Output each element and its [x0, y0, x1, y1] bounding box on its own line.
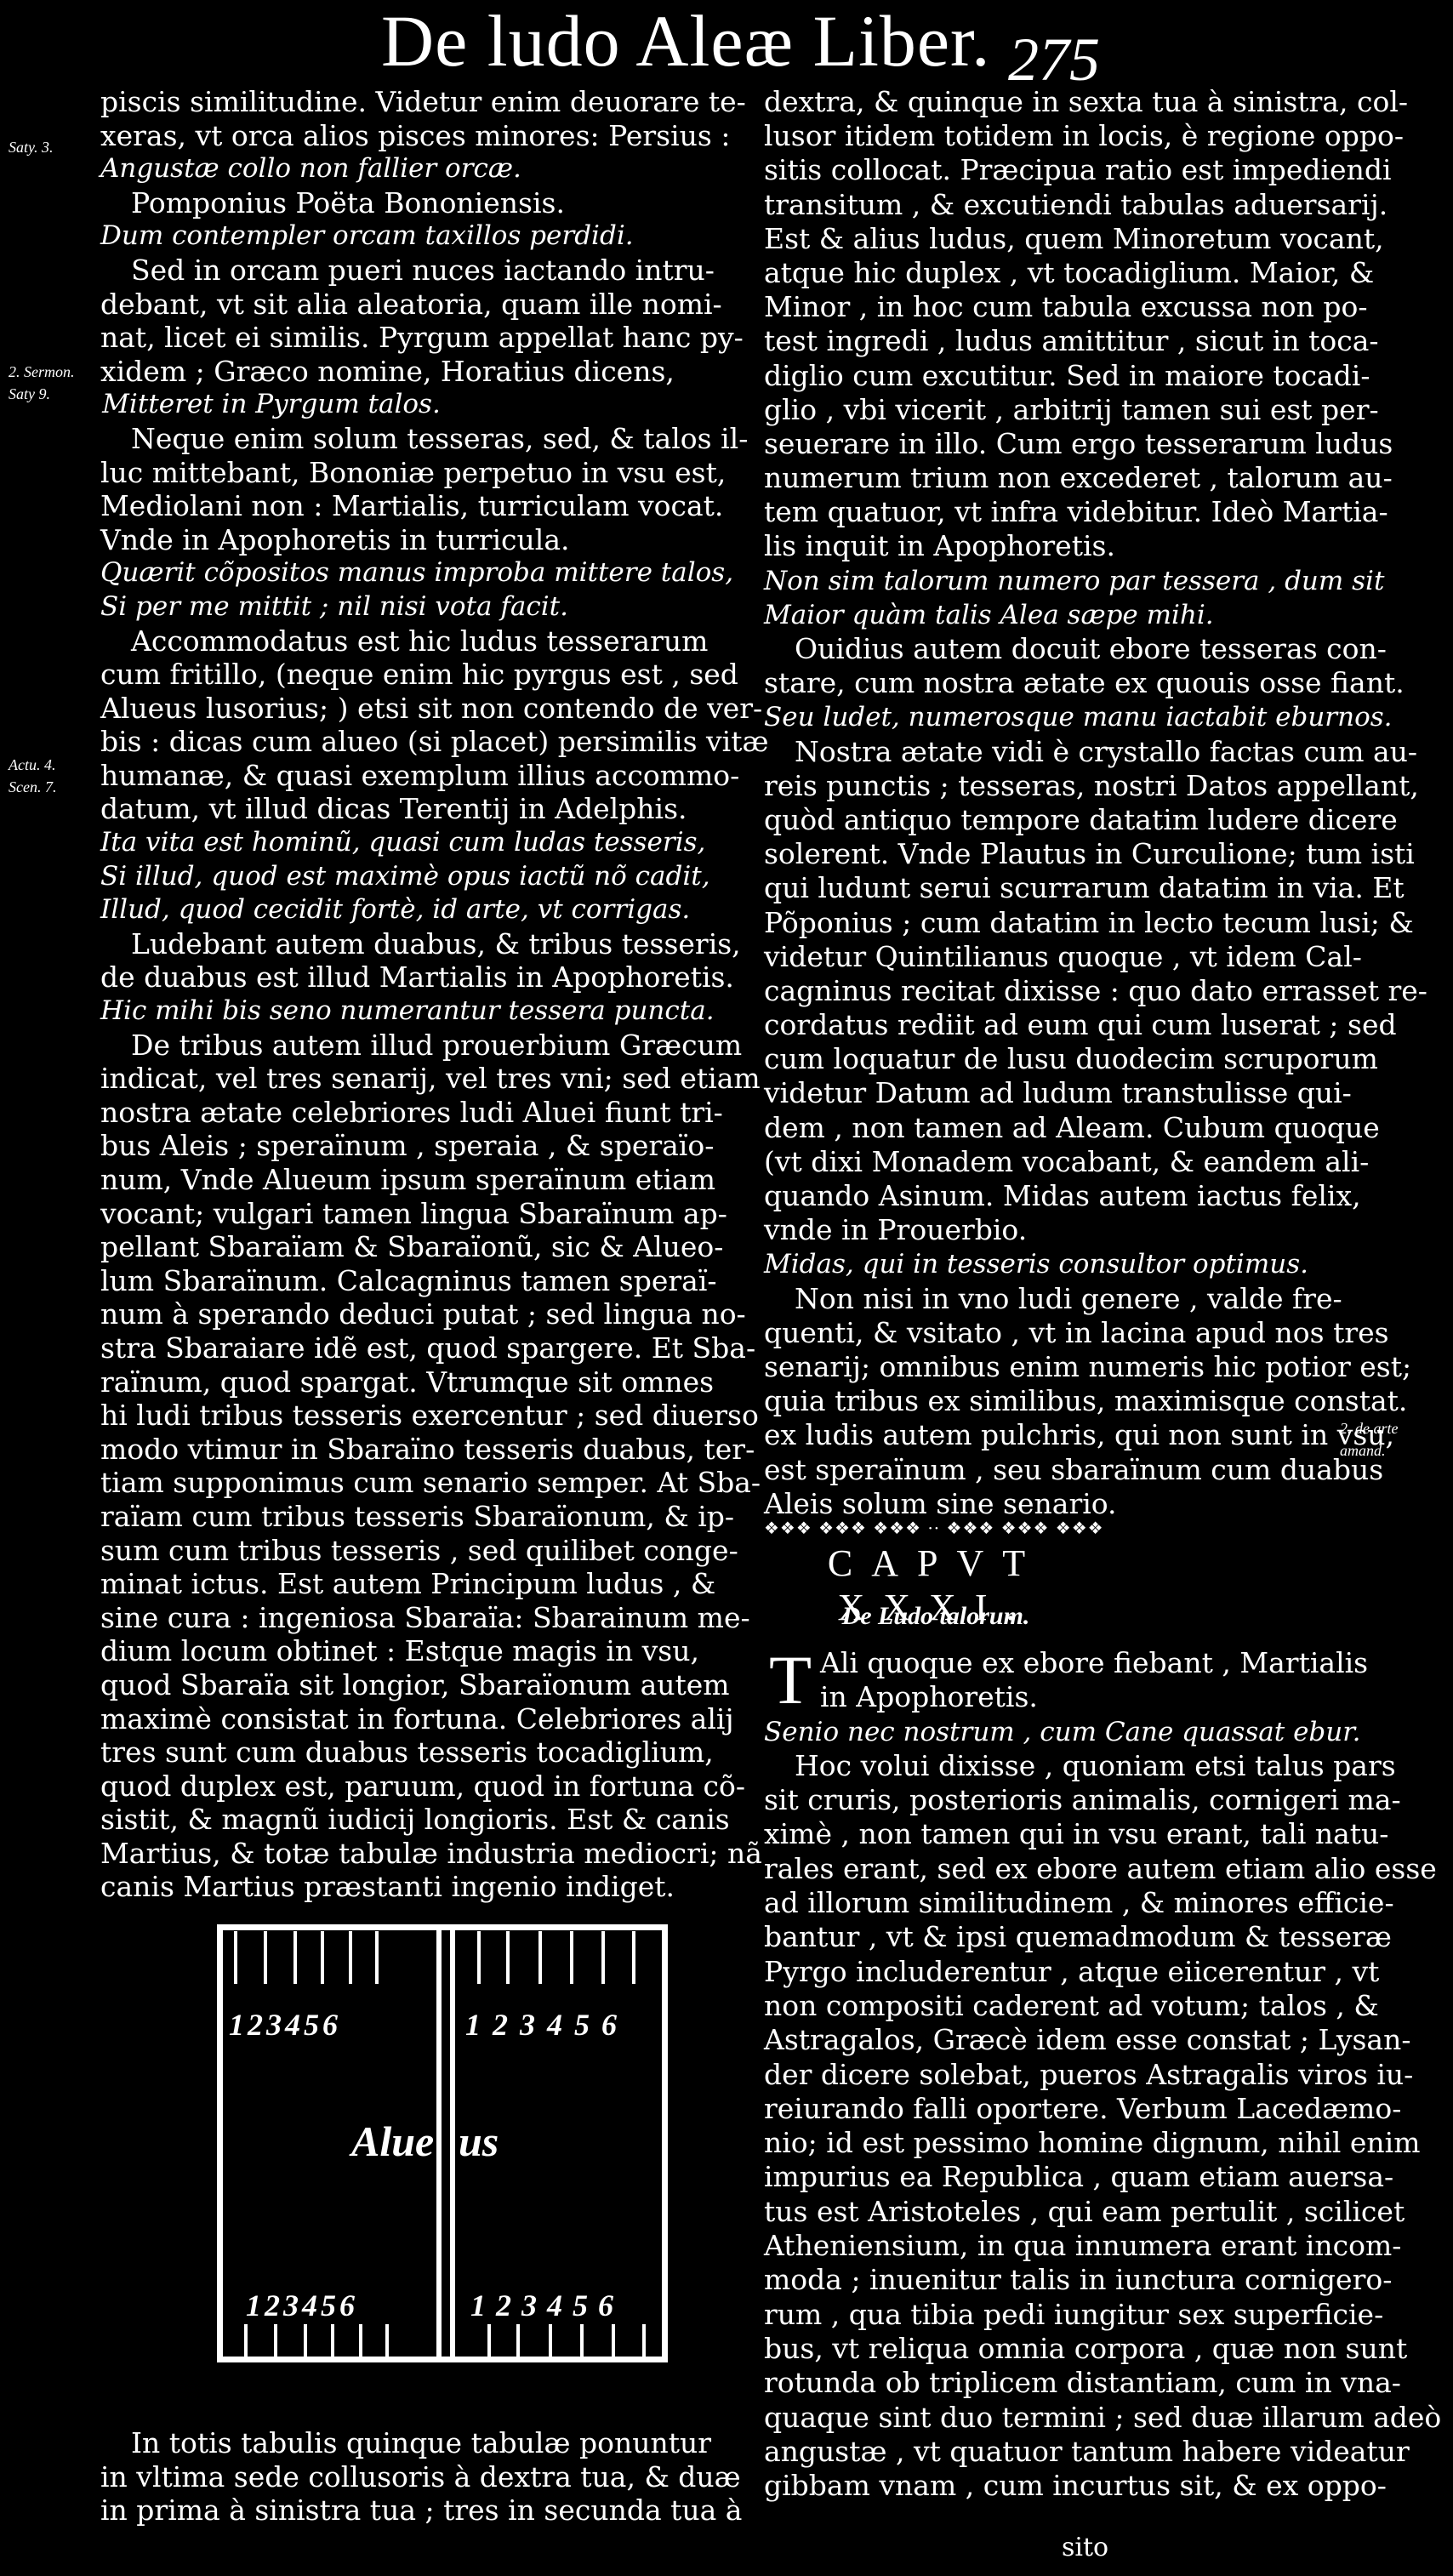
text-line: Dum contempler orcam taxillos perdidi.: [100, 219, 442, 254]
text-line: canis Martius præstanti ingenio indiget.: [100, 1870, 442, 1904]
text-line: Hoc volui dixisse , quoniam etsi talus p…: [764, 1749, 1108, 1783]
text-line: qui ludunt serui scurrarum datatim in vi…: [764, 871, 1108, 905]
text-line: Quærit cõpositos manus improba mittere t…: [100, 556, 442, 590]
text-line: raïam cum tribus tesseris Sbaraïonum, & …: [100, 1500, 442, 1534]
board-label-left: Alue: [351, 2118, 434, 2164]
text-line: Martius, & totæ tabulæ industria mediocr…: [100, 1837, 442, 1871]
board-point-top: [601, 1931, 605, 1984]
board-numbers-bottom-right: 123456: [470, 2288, 624, 2322]
text-line: stare, cum nostra ætate ex quouis osse f…: [764, 666, 1108, 700]
text-line: de duabus est illud Martialis in Apophor…: [100, 960, 442, 994]
chapter-subtitle: De Ludo talorum.: [764, 1599, 1108, 1633]
running-title: De ludo Aleæ Liber.: [381, 2, 990, 80]
text-line: diglio cum excutitur. Sed in maiore toca…: [764, 359, 1108, 393]
text-line: ximè , non tamen qui in vsu erant, tali …: [764, 1817, 1108, 1851]
margin-note: Scen. 7.: [9, 778, 56, 796]
ornamental-rule: ❖❖❖ ❖❖❖ ❖❖❖ ·· ❖❖❖ ❖❖❖ ❖❖❖ ❖❖❖ ❖❖❖ ❖❖❖ ❖…: [764, 1516, 1108, 1540]
board-point-bottom: [274, 2324, 277, 2357]
text-line: minat ictus. Est autem Principum ludus ,…: [100, 1567, 442, 1601]
board-point-bottom: [516, 2324, 520, 2357]
text-line: De tribus autem illud prouerbium Græcum: [100, 1029, 442, 1063]
text-line: cagninus recitat dixisse : quo dato erra…: [764, 974, 1108, 1008]
text-line: sitis collocat. Præcipua ratio est imped…: [764, 153, 1108, 187]
text-line: Non sim talorum numero par tessera , dum…: [764, 564, 1108, 598]
text-line: in vltima sede collusoris à dextra tua, …: [100, 2460, 442, 2494]
board-point-bottom: [612, 2324, 615, 2357]
text-line: dium locum obtinet : Estque magis in vsu…: [100, 1634, 442, 1668]
text-line: tem quatuor, vt infra videbitur. Ideò Ma…: [764, 495, 1108, 529]
text-line: tres sunt cum duabus tesseris tocadigliu…: [100, 1735, 442, 1770]
text-line: solerent. Vnde Plautus in Curculione; tu…: [764, 837, 1108, 871]
text-line: num, Vnde Alueum ipsum speraïnum etiam: [100, 1163, 442, 1197]
text-line: maximè consistat in fortuna. Celebriores…: [100, 1702, 442, 1736]
text-line: lusor itidem totidem in locis, è regione…: [764, 119, 1108, 153]
text-line: Neque enim solum tesseras, sed, & talos …: [100, 422, 442, 456]
text-line: Ludebant autem duabus, & tribus tesseris…: [100, 927, 442, 961]
text-line: Põponius ; cum datatim in lecto tecum lu…: [764, 906, 1108, 940]
text-line: seuerare in illo. Cum ergo tesserarum lu…: [764, 427, 1108, 461]
text-line: cum fritillo, (neque enim hic pyrgus est…: [100, 658, 442, 692]
text-line: rotunda ob triplicem distantiam, cum in …: [764, 2366, 1108, 2400]
text-line: Si per me mittit ; nil nisi vota facit.: [100, 590, 442, 624]
text-line: luc mittebant, Bononiæ perpetuo in vsu e…: [100, 456, 442, 490]
text-line: est speraïnum , seu sbaraïnum cum duabus: [764, 1453, 1108, 1487]
margin-note: 2. Sermon.: [9, 362, 75, 381]
text-line: humanæ, & quasi exemplum illius accommo-: [100, 759, 442, 793]
board-point-top: [538, 1931, 542, 1984]
chapter-text: Ali quoque ex ebore fiebant , Martialisi…: [764, 1646, 1108, 2503]
text-line: Vnde in Apophoretis in turricula.: [100, 523, 442, 557]
page-number: 275: [1008, 26, 1100, 94]
text-line: stra Sbaraiare idẽ est, quod spargere. E…: [100, 1331, 442, 1365]
text-line: in prima à sinistra tua ; tres in secund…: [100, 2493, 442, 2528]
text-line: cum loquatur de lusu duodecim scruporum: [764, 1042, 1108, 1076]
text-line: Mitteret in Pyrgum talos.: [100, 388, 442, 422]
text-line: Angustæ collo non fallier orcæ.: [100, 152, 442, 186]
text-line: (vt dixi Monadem vocabant, & eandem ali-: [764, 1145, 1108, 1179]
right-text-column: dextra, & quinque in sexta tua à sinistr…: [764, 85, 1108, 1521]
alveus-board-diagram: 123456 123456 123456 123456 Alue us: [217, 1924, 668, 2362]
text-line: xeras, vt orca alios pisces minores: Per…: [100, 119, 442, 153]
text-line: num à sperando deduci putat ; sed lingua…: [100, 1297, 442, 1331]
text-line: raïnum, quod spargat. Vtrumque sit omnes: [100, 1365, 442, 1399]
text-line: bus Aleis ; speraïnum , speraia , & sper…: [100, 1129, 442, 1163]
board-point-bottom: [304, 2324, 307, 2357]
board-numbers-top-right: 123456: [465, 2008, 629, 2042]
board-point-bottom: [642, 2324, 646, 2357]
text-line: Pyrgo includerentur , atque eiicerentur …: [764, 1955, 1108, 1989]
text-line: Pomponius Poëta Bononiensis.: [100, 186, 442, 220]
text-line: hi ludi tribus tesseris exercentur ; sed…: [100, 1399, 442, 1433]
text-line: Minor , in hoc cum tabula excussa non po…: [764, 290, 1108, 324]
board-point-top: [477, 1931, 481, 1984]
text-line: Ali quoque ex ebore fiebant , Martialis: [764, 1646, 1108, 1680]
text-line: In totis tabulis quinque tabulæ ponuntur: [100, 2426, 442, 2460]
board-numbers-top-left: 123456: [229, 2008, 341, 2042]
board-point-top: [234, 1931, 237, 1984]
board-point-top: [349, 1931, 352, 1984]
text-line: quod duplex est, paruum, quod in fortuna…: [100, 1770, 442, 1804]
text-line: reis punctis ; tesseras, nostri Datos ap…: [764, 769, 1108, 803]
text-line: Nostra ætate vidi è crystallo factas cum…: [764, 735, 1108, 769]
left-text-column: piscis similitudine. Videtur enim deuora…: [100, 85, 442, 1904]
text-line: der dicere solebat, pueros Astragalis vi…: [764, 2058, 1108, 2092]
text-line: dextra, & quinque in sexta tua à sinistr…: [764, 85, 1108, 119]
board-numbers-bottom-left: 123456: [246, 2288, 358, 2322]
text-line: Si illud, quod est maximè opus iactũ nõ …: [100, 860, 442, 894]
text-line: piscis similitudine. Videtur enim deuora…: [100, 85, 442, 119]
text-line: in Apophoretis.: [764, 1680, 1108, 1714]
text-line: Est & alius ludus, quem Minoretum vocant…: [764, 222, 1108, 256]
text-line: reiurando falli oportere. Verbum Lacedæm…: [764, 2092, 1108, 2126]
text-line: sine cura : ingeniosa Sbaraïa: Sbarainum…: [100, 1601, 442, 1635]
text-line: Ouidius autem docuit ebore tesseras con-: [764, 632, 1108, 666]
board-point-bottom: [359, 2324, 362, 2357]
text-line: debant, vt sit alia aleatoria, quam ille…: [100, 288, 442, 322]
board-point-top: [506, 1931, 510, 1984]
board-point-bottom: [580, 2324, 584, 2357]
text-line: bis : dicas cum alueo (si placet) persim…: [100, 725, 442, 759]
page-header: De ludo Aleæ Liber. 275: [0, 0, 1453, 81]
text-line: tus est Aristoteles , qui eam pertulit ,…: [764, 2195, 1108, 2229]
text-line: quando Asinum. Midas autem iactus felix,: [764, 1179, 1108, 1213]
text-line: bantur , vt & ipsi quemadmodum & tesseræ: [764, 1920, 1108, 1954]
text-line: lum Sbaraïnum. Calcagninus tamen speraï-: [100, 1264, 442, 1298]
board-label-right: us: [459, 2118, 499, 2164]
board-point-top: [375, 1931, 379, 1984]
board-point-bottom: [385, 2324, 389, 2357]
text-line: nostra ætate celebriores ludi Aluei fiun…: [100, 1096, 442, 1130]
text-line: numerum trium non excederet , talorum au…: [764, 461, 1108, 495]
text-line: Sed in orcam pueri nuces iactando intru-: [100, 254, 442, 288]
board-point-bottom: [549, 2324, 552, 2357]
board-point-bottom: [331, 2324, 334, 2357]
text-line: gibbam vnam , cum incurtus sit, & ex opp…: [764, 2469, 1108, 2503]
board-point-bottom: [487, 2324, 491, 2357]
catchword: sito: [1062, 2531, 1108, 2565]
board-point-top: [570, 1931, 573, 1984]
text-line: Accommodatus est hic ludus tesserarum: [100, 624, 442, 658]
margin-note: Actu. 4.: [9, 755, 56, 774]
text-line: vocant; vulgari tamen lingua Sbaraïnum a…: [100, 1197, 442, 1231]
text-line: nat, licet ei similis. Pyrgum appellat h…: [100, 321, 442, 355]
text-line: rum , qua tibia pedi iungitur sex superf…: [764, 2298, 1108, 2332]
text-line: quenti, & vsitato , vt in lacina apud no…: [764, 1316, 1108, 1350]
text-line: rales erant, sed ex ebore autem etiam al…: [764, 1852, 1108, 1886]
text-line: senarij; omnibus enim numeris hic potior…: [764, 1350, 1108, 1384]
text-line: Mediolani non : Martialis, turriculam vo…: [100, 489, 442, 523]
text-line: Midas, qui in tesseris consultor optimus…: [764, 1247, 1108, 1281]
text-line: transitum , & excutiendi tabulas aduersa…: [764, 188, 1108, 222]
text-line: indicat, vel tres senarij, vel tres vni;…: [100, 1062, 442, 1096]
text-line: pellant Sbaraïam & Sbaraïonũ, sic & Alue…: [100, 1230, 442, 1264]
text-line: quia tribus ex similibus, maximisque con…: [764, 1384, 1108, 1418]
text-line: vnde in Prouerbio.: [764, 1213, 1108, 1247]
margin-note: Saty. 3.: [9, 138, 54, 157]
text-line: ex ludis autem pulchris, qui non sunt in…: [764, 1418, 1108, 1452]
text-line: sit cruris, posterioris animalis, cornig…: [764, 1783, 1108, 1817]
text-line: datum, vt illud dicas Terentij in Adelph…: [100, 792, 442, 826]
text-line: angustæ , vt quatuor tantum habere videa…: [764, 2435, 1108, 2469]
text-line: sistit, & magnũ iudicij longioris. Est &…: [100, 1803, 442, 1837]
text-line: test ingredi , ludus amittitur , sicut i…: [764, 324, 1108, 358]
text-line: Astragalos, Græcè idem esse constat ; Ly…: [764, 2023, 1108, 2057]
text-line: Senio nec nostrum , cum Cane quassat ebu…: [764, 1715, 1108, 1749]
text-line: Atheniensium, in qua innumera erant inco…: [764, 2229, 1108, 2263]
text-line: Seu ludet, numerosque manu iactabit ebur…: [764, 700, 1108, 734]
text-line: videtur Datum ad ludum transtulisse qui-: [764, 1076, 1108, 1110]
text-line: cordatus rediit ad eum qui cum luserat ;…: [764, 1008, 1108, 1042]
text-line: lis inquit in Apophoretis.: [764, 529, 1108, 563]
board-point-top: [632, 1931, 635, 1984]
text-line: Alueus lusorius; ) etsi sit non contendo…: [100, 692, 442, 726]
text-line: quod Sbaraïa sit longior, Sbaraïonum aut…: [100, 1668, 442, 1702]
text-line: bus, vt reliqua omnia corpora , quæ non …: [764, 2332, 1108, 2366]
text-line: non compositi caderent ad votum; talos ,…: [764, 1989, 1108, 2023]
text-line: impurius ea Republica , quam etiam auers…: [764, 2160, 1108, 2194]
text-line: atque hic duplex , vt tocadiglium. Maior…: [764, 256, 1108, 290]
text-line: nio; id est pessimo homine dignum, nihil…: [764, 2126, 1108, 2160]
text-line: glio , vbi vicerit , arbitrij tamen sui …: [764, 393, 1108, 427]
board-point-top: [293, 1931, 297, 1984]
text-line: Maior quàm talis Alea sæpe mihi.: [764, 598, 1108, 632]
text-line: quòd antiquo tempore datatim ludere dice…: [764, 803, 1108, 837]
text-line: ad illorum similitudinem , & minores eff…: [764, 1886, 1108, 1920]
text-line: moda ; inuenitur talis in iunctura corni…: [764, 2263, 1108, 2297]
board-point-top: [321, 1931, 324, 1984]
text-line: xidem ; Græco nomine, Horatius dicens,: [100, 355, 442, 389]
text-line: dem , non tamen ad Aleam. Cubum quoque: [764, 1111, 1108, 1145]
text-line: quaque sint duo termini ; sed duæ illaru…: [764, 2401, 1108, 2435]
left-text-after-board: In totis tabulis quinque tabulæ ponuntur…: [100, 2426, 442, 2528]
text-line: Illud, quod cecidit fortè, id arte, vt c…: [100, 893, 442, 927]
board-point-bottom: [244, 2324, 248, 2357]
text-line: Ita vita est hominũ, quasi cum ludas tes…: [100, 826, 442, 860]
margin-note: Saty 9.: [9, 385, 50, 403]
text-line: Hic mihi bis seno numerantur tessera pun…: [100, 994, 442, 1029]
text-line: modo vtimur in Sbaraïno tesseris duabus,…: [100, 1433, 442, 1467]
board-center-bar: [436, 1924, 455, 2362]
board-point-top: [264, 1931, 267, 1984]
text-line: sum cum tribus tesseris , sed quilibet c…: [100, 1534, 442, 1568]
text-line: videtur Quintilianus quoque , vt idem Ca…: [764, 940, 1108, 974]
text-line: Non nisi in vno ludi genere , valde fre-: [764, 1282, 1108, 1316]
text-line: tiam supponimus cum senario semper. At S…: [100, 1466, 442, 1500]
